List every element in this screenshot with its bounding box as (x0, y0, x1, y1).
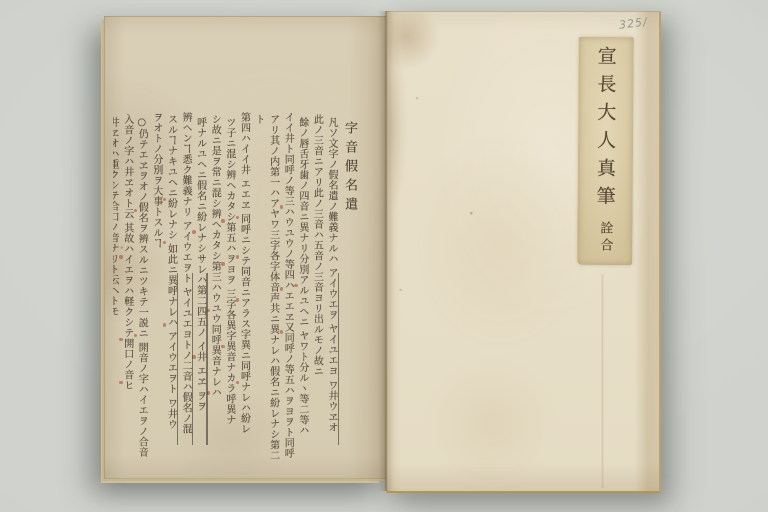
manuscript-column: ○仍テエヱヲオノ假名ヲ辨スルニツキテ一説ニ 開音ノ字ハイエヲノ合音 (134, 112, 149, 470)
manuscript-column-text: 井ヱオハ重クシテ合口ノ音ナリト云ヘトモ (113, 117, 118, 317)
vermilion-mark (221, 345, 225, 349)
vermilion-mark (119, 255, 123, 259)
title-slip: 宣長大人真筆 詮合 (577, 37, 634, 265)
manuscript-column: 入音ノ字ハ井ヱオト云 其故ハイエヲハ軽クシテ開口ノ音ヒ (119, 112, 134, 470)
vermilion-mark (192, 230, 196, 234)
vermilion-mark (236, 255, 240, 259)
vermilion-mark (294, 284, 298, 288)
manuscript-column-text: ○仍テエヱヲオノ假名ヲ辨スルニツキテ一説ニ 開音ノ字ハイエヲノ合音 (136, 117, 147, 458)
manuscript-column: 井ヱオハ重クシテ合口ノ音ナリト云ヘトモ (113, 112, 119, 470)
vermilion-mark (236, 298, 240, 302)
manuscript-column: ツ子ニ混シ辨ヘカタシ第五ハヲヨヲ 三字各異字異音ナカラ呼異ナ (221, 112, 236, 470)
manuscript-column-text: 入音ノ字ハ井ヱオト云 其故ハイエヲハ軽クシテ開口ノ音ヒ (122, 114, 133, 391)
left-page: 字音假名遣 凡ソ文字ノ假名遣ノ難義ナルハ アイウエヲ ヤイユエヨ ワ井ウヱオ此ノ… (104, 16, 388, 479)
right-page: 325/ 宣長大人真筆 詮合 (386, 11, 661, 493)
manuscript-column-text: 辨ヘンヿ悉ク難義ナリ アイウエヲト ヤイユエヨトノ二音ハ假名ノ混 (180, 112, 191, 434)
manuscript-column: 辨ヘンヿ悉ク難義ナリ アイウエヲト ヤイユエヨトノ二音ハ假名ノ混 (177, 112, 192, 470)
manuscript-column-text: 此ノ三音ニアリ此ノ三音ハ五音ノ三音ヨリ出ルモノ故ニ (311, 114, 322, 377)
manuscript-column: イイ井ト同呼ノ等三ハウユウノ等四ハエエヱ又同呼ノ等五ハヲヨヲト同呼 (280, 112, 295, 470)
manuscript-column-text: ヲオトノ分別ヲ大事トスルヿ (151, 112, 162, 249)
manuscript-column-text: 餘ノ唇舌牙歯ノ四音ニ異ナリ分別アルユヘニ ヤワト分ルヽ等二等ハ (297, 117, 308, 436)
slip-title: 宣長大人真筆 (592, 37, 620, 214)
vermilion-mark (221, 219, 225, 223)
manuscript-column: 第四ハイイ井 エエヱ 同呼ニシテ同音ニアラス字異ニ同呼ナレハ紛レ (236, 112, 251, 470)
manuscript-column: 凡ソ文字ノ假名遣ノ難義ナルハ アイウエヲ ヤイユエヨ ワ井ウヱオ (323, 112, 338, 470)
vermilion-mark (119, 381, 123, 385)
vermilion-mark (280, 287, 284, 291)
page-crease (601, 274, 604, 488)
manuscript-column: 餘ノ唇舌牙歯ノ四音ニ異ナリ分別アルユヘニ ヤワト分ルヽ等二等ハ (294, 112, 309, 470)
manuscript-column-text: 第四ハイイ井 エエヱ 同呼ニシテ同音ニアラス字異ニ同呼ナレハ紛レ (238, 112, 249, 434)
manuscript-column-text: 凡ソ文字ノ假名遣ノ難義ナルハ アイウエヲ ヤイユエヨ ワ井ウヱオ (326, 117, 337, 433)
vermilion-mark (221, 262, 225, 266)
manuscript-column-text: シ故ニ是ヲ常ニ混シ辨ヘカタシ第三ハウユウ同呼異音ナレハ (209, 114, 220, 398)
text-columns: 字音假名遣 凡ソ文字ノ假名遣ノ難義ナルハ アイウエヲ ヤイユエヨ ワ井ウヱオ此ノ… (113, 112, 361, 470)
photo-backdrop: 字音假名遣 凡ソ文字ノ假名遣ノ難義ナルハ アイウエヲ ヤイユエヨ ワ井ウヱオ此ノ… (0, 0, 768, 512)
vermilion-mark (280, 205, 284, 209)
manuscript-column: 此ノ三音ニアリ此ノ三音ハ五音ノ三音ヨリ出ルモノ故ニ (309, 112, 324, 470)
manuscript-column: スルヿナキユヘニ紛レナシ 如此ニ異呼ナレハ アイウエヲト ワ井ウ (163, 112, 178, 470)
vermilion-mark (119, 338, 123, 342)
manuscript-title: 字音假名遣 (338, 112, 361, 470)
manuscript-column: ヲオトノ分別ヲ大事トスルヿ (148, 112, 163, 470)
pencil-page-number: 325/ (618, 15, 648, 31)
manuscript-column-text: ツ子ニ混シ辨ヘカタシ第五ハヲヨヲ 三字各異字異音ナカラ呼異ナ (224, 117, 235, 425)
manuscript-column: アリ其ノ内第一ハアヤワ三字各字体音声共ニ異ナレハ假名ニ紛レナシ第二ト (250, 112, 279, 470)
manuscript-column: シ故ニ是ヲ常ニ混シ辨ヘカタシ第三ハウユウ同呼異音ナレハ (207, 112, 222, 470)
manuscript-column-text: イイ井ト同呼ノ等三ハウユウノ等四ハエエヱ又同呼ノ等五ハヲヨヲト同呼 (282, 112, 293, 459)
slip-subtitle: 詮合 (595, 221, 614, 255)
manuscript-column-text: 呼ナルユヘニ假名ニ紛レナシサレハ第二四五ノ イ井 エヱ ヲヲ (195, 117, 206, 412)
manuscript-column: 呼ナルユヘニ假名ニ紛レナシサレハ第二四五ノ イ井 エヱ ヲヲ (192, 112, 207, 470)
manuscript-column-text: スルヿナキユヘニ紛レナシ 如此ニ異呼ナレハ アイウエヲト ワ井ウ (165, 114, 176, 430)
manuscript-column-text: アリ其ノ内第一ハアヤワ三字各字体音声共ニ異ナレハ假名ニ紛レナシ第二ト (253, 114, 279, 461)
vermilion-mark (280, 330, 284, 334)
